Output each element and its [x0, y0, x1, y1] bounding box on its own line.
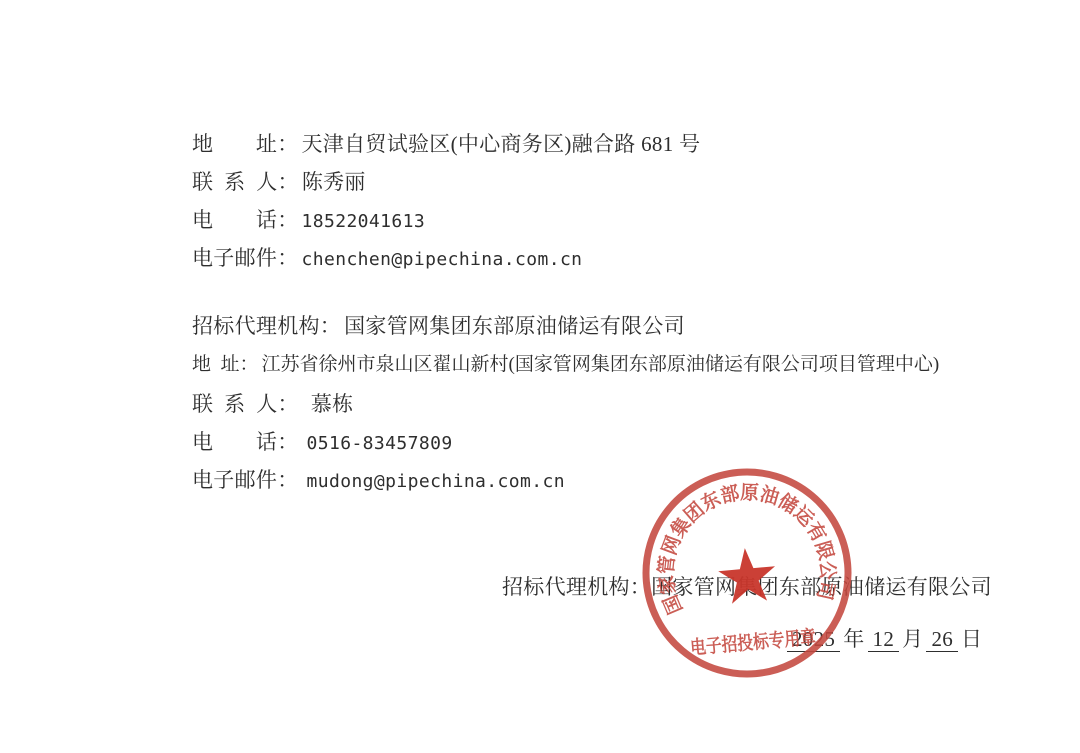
date-day: 26	[926, 628, 958, 652]
date-year-unit: 年	[843, 627, 864, 651]
address-value: 江苏省徐州市泉山区翟山新村(国家管网集团东部原油储运有限公司项目管理中心)	[262, 354, 940, 375]
signature-agency-label: 招标代理机构：	[502, 575, 651, 599]
email-label: 电子邮件：	[192, 246, 299, 270]
tenderer-email-line: 电子邮件：chenchen@pipechina.com.cn	[192, 245, 582, 273]
email-value: mudong@pipechina.com.cn	[307, 471, 565, 492]
address-label: 地 址：	[192, 354, 259, 375]
official-seal-stamp: 国家管网集团东部原油储运有限公司 电子招投标专用章	[620, 446, 874, 700]
phone-label: 电 话：	[192, 430, 299, 454]
address-label: 地 址：	[192, 132, 299, 156]
date-month: 12	[868, 628, 900, 652]
agency-contact-line: 联 系 人：慕栋	[192, 391, 353, 417]
contact-label: 联 系 人：	[192, 392, 299, 416]
document-page: 地 址：天津自贸试验区(中心商务区)融合路 681 号 联 系 人：陈秀丽 电 …	[0, 0, 1080, 753]
agency-label: 招标代理机构：	[192, 314, 341, 338]
seal-star	[620, 446, 874, 700]
signature-agency-value: 国家管网集团东部原油储运有限公司	[651, 575, 992, 599]
contact-label: 联 系 人：	[192, 170, 299, 194]
agency-value: 国家管网集团东部原油储运有限公司	[344, 314, 685, 338]
signature-date: 2025年12月26日	[787, 623, 985, 653]
date-month-unit: 月	[902, 627, 923, 651]
email-label: 电子邮件：	[192, 468, 299, 492]
date-year: 2025	[787, 628, 840, 652]
phone-label: 电 话：	[192, 208, 299, 232]
agency-phone-line: 电 话：0516-83457809	[192, 429, 453, 457]
agency-address-line: 地 址：江苏省徐州市泉山区翟山新村(国家管网集团东部原油储运有限公司项目管理中心…	[192, 352, 939, 378]
tenderer-address-line: 地 址：天津自贸试验区(中心商务区)融合路 681 号	[192, 131, 700, 157]
seal-ring-and-text: 国家管网集团东部原油储运有限公司 电子招投标专用章	[620, 446, 874, 700]
date-day-unit: 日	[961, 627, 982, 651]
signature-agency-line: 招标代理机构：国家管网集团东部原油储运有限公司	[502, 574, 992, 600]
address-value: 天津自贸试验区(中心商务区)融合路 681 号	[302, 132, 701, 156]
tenderer-phone-line: 电 话：18522041613	[192, 207, 425, 235]
tenderer-contact-line: 联 系 人：陈秀丽	[192, 169, 366, 195]
agency-name-line: 招标代理机构：国家管网集团东部原油储运有限公司	[192, 313, 685, 339]
phone-value: 18522041613	[302, 211, 426, 232]
contact-value: 陈秀丽	[302, 170, 366, 194]
email-value: chenchen@pipechina.com.cn	[302, 249, 583, 270]
phone-value: 0516-83457809	[307, 433, 453, 454]
contact-value: 慕栋	[311, 392, 354, 416]
agency-email-line: 电子邮件：mudong@pipechina.com.cn	[192, 467, 565, 495]
